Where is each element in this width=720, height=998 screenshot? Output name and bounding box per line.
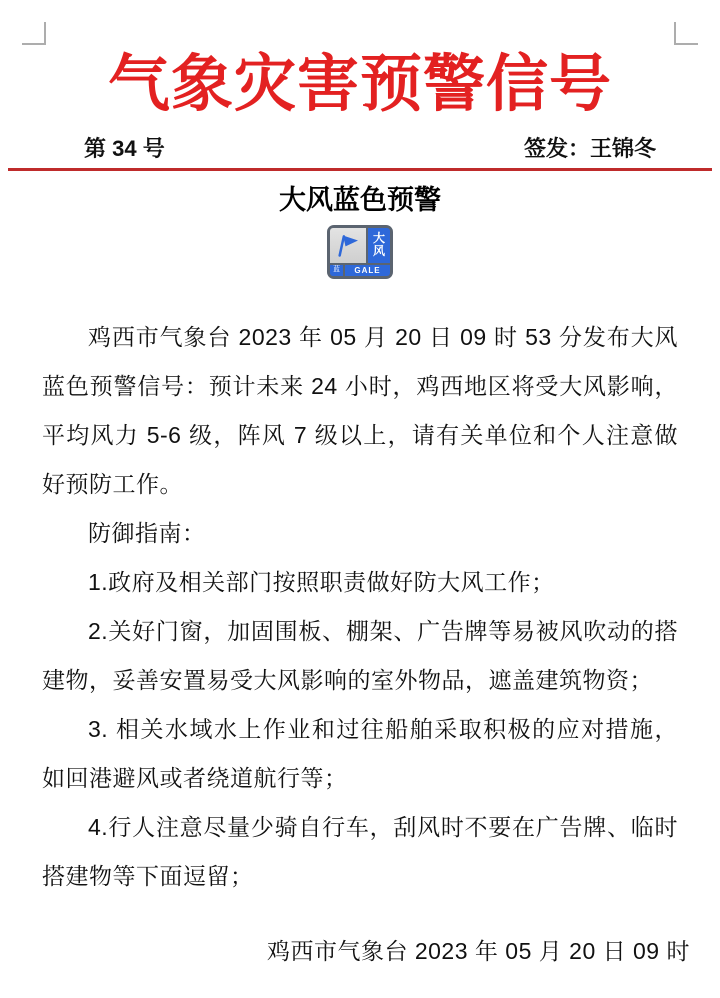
issuer-signature: 签发：王锦冬: [524, 136, 656, 162]
body-paragraph: 防御指南：: [42, 509, 678, 558]
document-number: 第 34 号: [84, 136, 165, 162]
body-paragraph: 2.关好门窗，加固围板、棚架、广告牌等易被风吹动的搭建物，妥善安置易受大风影响的…: [42, 607, 678, 705]
page-corner-mark-right: [674, 22, 698, 45]
warning-sub-title: 大风蓝色预警: [0, 184, 720, 216]
document-number-row: 第 34 号 签发：王锦冬: [0, 136, 720, 162]
document: 气象灾害预警信号 第 34 号 签发：王锦冬 大风蓝色预警 大 风 蓝 GALE: [0, 0, 720, 976]
warning-document-page: { "colors": { "page_bg": "#ffffff", "tit…: [0, 0, 720, 998]
flag-icon: [330, 228, 366, 263]
issuing-station-date-line: 鸡西市气象台 2023 年 05 月 20 日 09 时: [0, 927, 720, 976]
icon-bottom-row: 蓝 GALE: [330, 265, 390, 276]
warning-icon-wrap: 大 风 蓝 GALE: [0, 225, 720, 279]
body-paragraph: 鸡西市气象台 2023 年 05 月 20 日 09 时 53 分发布大风蓝色预…: [42, 313, 678, 509]
body-paragraph: 3. 相关水域水上作业和过往船舶采取积极的应对措施，如回港避风或者绕道航行等；: [42, 705, 678, 803]
document-main-title: 气象灾害预警信号: [0, 44, 720, 126]
body-paragraph: 1.政府及相关部门按照职责做好防大风工作；: [42, 558, 678, 607]
gale-blue-warning-icon: 大 风 蓝 GALE: [327, 225, 393, 279]
blue-level-badge: 蓝: [330, 265, 343, 276]
gale-char-bottom: 风: [373, 245, 385, 258]
page-corner-mark-left: [22, 22, 46, 45]
red-divider-rule: [8, 168, 712, 171]
gale-cn-label: 大 风: [368, 228, 390, 263]
warning-body: 鸡西市气象台 2023 年 05 月 20 日 09 时 53 分发布大风蓝色预…: [0, 313, 720, 901]
body-paragraph: 4.行人注意尽量少骑自行车，刮风时不要在广告牌、临时搭建物等下面逗留；: [42, 803, 678, 901]
gale-en-label: GALE: [345, 265, 390, 276]
